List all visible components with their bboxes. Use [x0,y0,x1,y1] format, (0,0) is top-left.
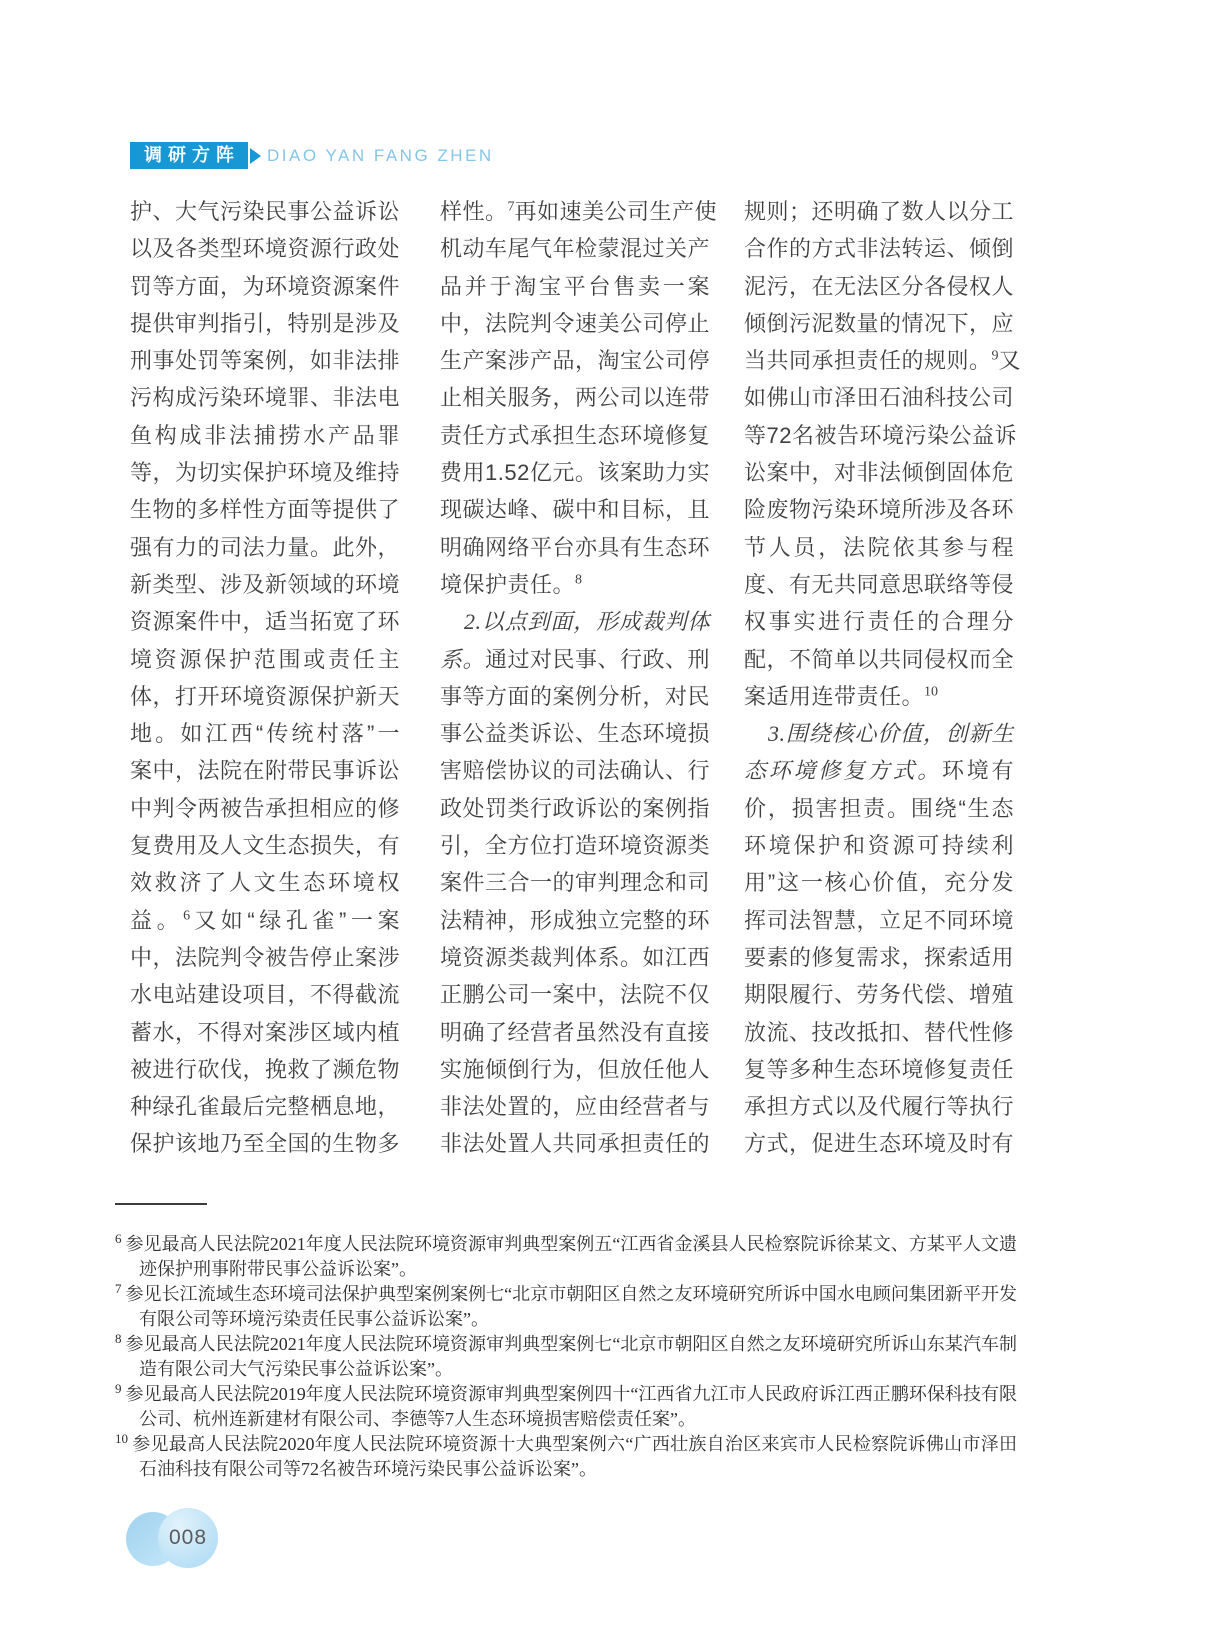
text-segment: 境资源类裁判体系。如江西 [440,945,710,970]
text-segment: 当共同承担责任的规则。 [744,348,992,373]
text-segment: 费用1.52亿元。该案助力实 [440,460,710,485]
text-segment: 效救济了人文生态环境权 [130,870,400,895]
footnote-item-8: 8参见最高人民法院2021年度人民法院环境资源审判典型案例七“北京市朝阳区自然之… [115,1332,1017,1382]
text-segment: 中，法院判令被告停止案涉 [130,945,400,970]
text-line: 种绿孔雀最后完整栖息地， [130,1088,400,1125]
text-segment: 险废物污染环境所涉及各环 [744,497,1014,522]
footnote-text: 参见最高人民法院2021年度人民法院环境资源审判典型案例五“江西省金溪县人民检察… [126,1234,1018,1279]
text-segment: 案适用连带责任。 [744,684,924,709]
text-segment: 种绿孔雀最后完整栖息地， [130,1094,400,1119]
text-segment: 生产案涉产品，淘宝公司停 [440,348,710,373]
text-line: 政处罚类行政诉讼的案例指 [440,790,710,827]
section-header: 调研方阵 DIAO YAN FANG ZHEN [130,142,494,169]
text-line: 系。通过对民事、行政、刑 [440,641,710,678]
text-line: 规则；还明确了数人以分工 [744,193,1014,230]
text-line: 被进行砍伐，挽救了濒危物 [130,1051,400,1088]
text-segment: 通过对民事、行政、刑 [485,647,710,672]
text-segment: 生物的多样性方面等提供了 [130,497,400,522]
text-segment: 价，损害担责。围绕“生态 [744,796,1014,821]
footnote-ref: 10 [924,685,938,700]
footnote-ref: 8 [575,573,582,588]
page-root: 调研方阵 DIAO YAN FANG ZHEN 护、大气污染民事公益诉讼以及各类… [0,0,1207,1649]
text-line: 实施倾倒行为，但放任他人 [440,1051,710,1088]
text-segment: 案件三合一的审判理念和司 [440,870,710,895]
text-line: 明确网络平台亦具有生态环 [440,529,710,566]
text-line: 当共同承担责任的规则。9又 [744,342,1014,379]
text-segment: 正鹏公司一案中，法院不仅 [440,982,710,1007]
text-segment: 期限履行、劳务代偿、增殖 [744,982,1014,1007]
text-segment: 以及各类型环境资源行政处 [130,236,400,261]
text-segment: 中，法院判令速美公司停止 [440,311,710,336]
text-line: 鱼构成非法捕捞水产品罪 [130,417,400,454]
text-segment: 蓄水，不得对案涉区域内植 [130,1020,400,1045]
page-number: 008 [169,1526,207,1550]
text-line: 讼案中，对非法倾倒固体危 [744,454,1014,491]
text-line: 挥司法智慧，立足不同环境 [744,902,1014,939]
text-segment: 复费用及人文生态损失，有 [130,833,400,858]
text-line: 生产案涉产品，淘宝公司停 [440,342,710,379]
text-line: 期限履行、劳务代偿、增殖 [744,976,1014,1013]
footnote-item-6: 6参见最高人民法院2021年度人民法院环境资源审判典型案例五“江西省金溪县人民检… [115,1232,1017,1282]
text-segment: 方式，促进生态环境及时有 [744,1131,1014,1156]
text-segment: 环境保护和资源可持续利 [744,833,1014,858]
text-line: 2.以点到面，形成裁判体 [440,603,710,640]
text-segment: 品并于淘宝平台售卖一案 [440,274,710,299]
text-line: 中，法院判令被告停止案涉 [130,939,400,976]
text-segment: 又 [999,348,1022,373]
text-line: 非法处置的，应由经营者与 [440,1088,710,1125]
text-line: 益。6又如“绿孔雀”一案 [130,902,400,939]
text-segment: 中判令两被告承担相应的修 [130,796,400,821]
text-segment: 保护该地乃至全国的生物多 [130,1131,400,1156]
arrow-right-icon [250,148,261,164]
text-segment: 罚等方面，为环境资源案件 [130,274,400,299]
text-segment: 提供审判指引，特别是涉及 [130,311,400,336]
text-line: 倾倒污泥数量的情况下，应 [744,305,1014,342]
text-segment: 放流、技改抵扣、替代性修 [744,1020,1014,1045]
text-line: 境资源类裁判体系。如江西 [440,939,710,976]
text-line: 如佛山市泽田石油科技公司 [744,379,1014,416]
footnote-number: 10 [115,1431,132,1446]
text-line: 节人员，法院依其参与程 [744,529,1014,566]
text-segment: 等72名被告环境污染公益诉 [744,423,1017,448]
text-line: 罚等方面，为环境资源案件 [130,268,400,305]
text-segment: 如佛山市泽田石油科技公司 [744,385,1014,410]
text-segment: 现碳达峰、碳中和目标，且 [440,497,710,522]
text-line: 境资源保护范围或责任主 [130,641,400,678]
text-line: 提供审判指引，特别是涉及 [130,305,400,342]
text-line: 度、有无共同意思联络等侵 [744,566,1014,603]
text-line: 非法处置人共同承担责任的 [440,1125,710,1162]
text-segment: 害赔偿协议的司法确认、行 [440,758,710,783]
text-line: 正鹏公司一案中，法院不仅 [440,976,710,1013]
article-column-3: 规则；还明确了数人以分工合作的方式非法转运、倾倒泥污，在无法区分各侵权人倾倒污泥… [744,193,1014,1163]
footnote-item-7: 7参见长江流域生态环境司法保护典型案例案例七“北京市朝阳区自然之友环境研究所诉中… [115,1282,1017,1332]
text-line: 泥污，在无法区分各侵权人 [744,268,1014,305]
text-line: 事等方面的案例分析，对民 [440,678,710,715]
text-segment: 止相关服务，两公司以连带 [440,385,710,410]
text-segment: 益。 [130,908,183,933]
text-segment: 境保护责任。 [440,572,575,597]
text-line: 合作的方式非法转运、倾倒 [744,230,1014,267]
article-columns: 护、大气污染民事公益诉讼以及各类型环境资源行政处罚等方面，为环境资源案件提供审判… [130,193,1014,1163]
footnotes-list: 6参见最高人民法院2021年度人民法院环境资源审判典型案例五“江西省金溪县人民检… [115,1232,1017,1482]
text-segment: 样性。 [440,199,508,224]
text-line: 用”这一核心价值，充分发 [744,864,1014,901]
text-segment: 事公益类诉讼、生态环境损 [440,721,710,746]
text-segment: 节人员，法院依其参与程 [744,535,1014,560]
text-line: 等，为切实保护环境及维持 [130,454,400,491]
text-line: 放流、技改抵扣、替代性修 [744,1014,1014,1051]
footnote-text: 参见最高人民法院2019年度人民法院环境资源审判典型案例四十“江西省九江市人民政… [126,1384,1018,1429]
text-segment: 护、大气污染民事公益诉讼 [130,199,400,224]
text-segment: 泥污，在无法区分各侵权人 [744,274,1014,299]
text-segment: 又如“绿孔雀”一案 [190,908,400,933]
text-segment: 要素的修复需求，探索适用 [744,945,1014,970]
text-segment: 政处罚类行政诉讼的案例指 [440,796,710,821]
text-segment: 复等多种生态环境修复责任 [744,1057,1014,1082]
text-line: 害赔偿协议的司法确认、行 [440,752,710,789]
text-line: 机动车尾气年检蒙混过关产 [440,230,710,267]
text-line: 品并于淘宝平台售卖一案 [440,268,710,305]
text-line: 新类型、涉及新领域的环境 [130,566,400,603]
text-segment: 法精神，形成独立完整的环 [440,908,710,933]
text-line: 引，全方位打造环境资源类 [440,827,710,864]
text-segment: 污构成污染环境罪、非法电 [130,385,400,410]
text-line: 污构成污染环境罪、非法电 [130,379,400,416]
text-segment: 配，不简单以共同侵权而全 [744,647,1014,672]
footnote-text: 参见最高人民法院2021年度人民法院环境资源审判典型案例七“北京市朝阳区自然之友… [126,1334,1018,1379]
text-segment: 非法处置人共同承担责任的 [440,1131,710,1156]
text-segment: 案中，法院在附带民事诉讼 [130,758,400,783]
article-column-2: 样性。7再如速美公司生产使机动车尾气年检蒙混过关产品并于淘宝平台售卖一案中，法院… [440,193,710,1163]
text-segment: 系。 [440,647,485,672]
footnote-item-10: 10参见最高人民法院2020年度人民法院环境资源十大典型案例六“广西壮族自治区来… [115,1432,1017,1482]
footnote-text: 参见长江流域生态环境司法保护典型案例案例七“北京市朝阳区自然之友环境研究所诉中国… [126,1284,1018,1329]
article-column-1: 护、大气污染民事公益诉讼以及各类型环境资源行政处罚等方面，为环境资源案件提供审判… [130,193,400,1163]
text-line: 费用1.52亿元。该案助力实 [440,454,710,491]
text-line: 复费用及人文生态损失，有 [130,827,400,864]
text-line: 以及各类型环境资源行政处 [130,230,400,267]
text-segment: 承担方式以及代履行等执行 [744,1094,1014,1119]
text-line: 境保护责任。8 [440,566,710,603]
text-segment: 刑事处罚等案例，如非法排 [130,348,400,373]
page-number-circle-front: 008 [158,1508,218,1568]
footnote-number: 9 [115,1381,126,1396]
text-segment: 3.围绕核心价值，创新生 [768,721,1014,746]
text-segment: 明确网络平台亦具有生态环 [440,535,710,560]
text-line: 事公益类诉讼、生态环境损 [440,715,710,752]
text-segment: 倾倒污泥数量的情况下，应 [744,311,1014,336]
text-segment: 水电站建设项目，不得截流 [130,982,400,1007]
text-line: 水电站建设项目，不得截流 [130,976,400,1013]
text-line: 体，打开环境资源保护新天 [130,678,400,715]
text-segment: 2.以点到面，形成裁判体 [464,609,710,634]
text-line: 3.围绕核心价值，创新生 [744,715,1014,752]
text-segment: 境资源保护范围或责任主 [130,647,400,672]
text-segment: 事等方面的案例分析，对民 [440,684,710,709]
text-line: 效救济了人文生态环境权 [130,864,400,901]
text-line: 法精神，形成独立完整的环 [440,902,710,939]
footnote-number: 7 [115,1281,126,1296]
text-line: 复等多种生态环境修复责任 [744,1051,1014,1088]
section-pinyin: DIAO YAN FANG ZHEN [267,146,494,166]
text-segment: 地。如江西“传统村落”一 [130,721,400,746]
text-segment: 再如速美公司生产使 [515,199,718,224]
text-segment: 明确了经营者虽然没有直接 [440,1020,710,1045]
text-line: 样性。7再如速美公司生产使 [440,193,710,230]
text-line: 保护该地乃至全国的生物多 [130,1125,400,1162]
text-segment: 引，全方位打造环境资源类 [440,833,710,858]
text-line: 责任方式承担生态环境修复 [440,417,710,454]
text-line: 态环境修复方式。环境有 [744,752,1014,789]
text-line: 价，损害担责。围绕“生态 [744,790,1014,827]
text-line: 生物的多样性方面等提供了 [130,491,400,528]
text-segment: 被进行砍伐，挽救了濒危物 [130,1057,400,1082]
text-segment: 非法处置的，应由经营者与 [440,1094,710,1119]
text-segment: 规则；还明确了数人以分工 [744,199,1014,224]
text-line: 中，法院判令速美公司停止 [440,305,710,342]
text-segment: 机动车尾气年检蒙混过关产 [440,236,710,261]
text-segment: 等，为切实保护环境及维持 [130,460,400,485]
text-segment: 责任方式承担生态环境修复 [440,423,710,448]
text-segment: 资源案件中，适当拓宽了环 [130,609,400,634]
text-segment: 态环境修复方式。 [744,758,942,783]
text-segment: 鱼构成非法捕捞水产品罪 [130,423,400,448]
section-badge: 调研方阵 [130,142,248,169]
text-line: 地。如江西“传统村落”一 [130,715,400,752]
text-segment: 合作的方式非法转运、倾倒 [744,236,1014,261]
text-segment: 用”这一核心价值，充分发 [744,870,1014,895]
text-line: 中判令两被告承担相应的修 [130,790,400,827]
text-line: 案中，法院在附带民事诉讼 [130,752,400,789]
footnote-ref: 7 [508,200,515,215]
text-segment: 环境有 [942,758,1014,783]
footnote-item-9: 9参见最高人民法院2019年度人民法院环境资源审判典型案例四十“江西省九江市人民… [115,1382,1017,1432]
text-line: 配，不简单以共同侵权而全 [744,641,1014,678]
text-line: 强有力的司法力量。此外， [130,529,400,566]
text-line: 资源案件中，适当拓宽了环 [130,603,400,640]
text-line: 蓄水，不得对案涉区域内植 [130,1014,400,1051]
text-segment: 强有力的司法力量。此外， [130,535,400,560]
text-line: 刑事处罚等案例，如非法排 [130,342,400,379]
text-segment: 体，打开环境资源保护新天 [130,684,400,709]
text-line: 等72名被告环境污染公益诉 [744,417,1014,454]
text-segment: 度、有无共同意思联络等侵 [744,572,1014,597]
text-line: 现碳达峰、碳中和目标，且 [440,491,710,528]
footnote-ref: 9 [992,349,999,364]
text-line: 险废物污染环境所涉及各环 [744,491,1014,528]
text-line: 案件三合一的审判理念和司 [440,864,710,901]
text-line: 明确了经营者虽然没有直接 [440,1014,710,1051]
text-segment: 讼案中，对非法倾倒固体危 [744,460,1014,485]
footnotes-separator [115,1203,207,1205]
text-line: 护、大气污染民事公益诉讼 [130,193,400,230]
text-segment: 新类型、涉及新领域的环境 [130,572,400,597]
text-segment: 挥司法智慧，立足不同环境 [744,908,1014,933]
text-line: 止相关服务，两公司以连带 [440,379,710,416]
footnote-text: 参见最高人民法院2020年度人民法院环境资源十大典型案例六“广西壮族自治区来宾市… [132,1434,1017,1479]
footnote-number: 6 [115,1231,126,1246]
text-line: 权事实进行责任的合理分 [744,603,1014,640]
text-segment: 实施倾倒行为，但放任他人 [440,1057,710,1082]
page-number-badge: 008 [126,1508,246,1570]
text-line: 环境保护和资源可持续利 [744,827,1014,864]
text-line: 承担方式以及代履行等执行 [744,1088,1014,1125]
footnote-number: 8 [115,1331,126,1346]
text-line: 要素的修复需求，探索适用 [744,939,1014,976]
text-line: 案适用连带责任。10 [744,678,1014,715]
text-line: 方式，促进生态环境及时有 [744,1125,1014,1162]
text-segment: 权事实进行责任的合理分 [744,609,1014,634]
